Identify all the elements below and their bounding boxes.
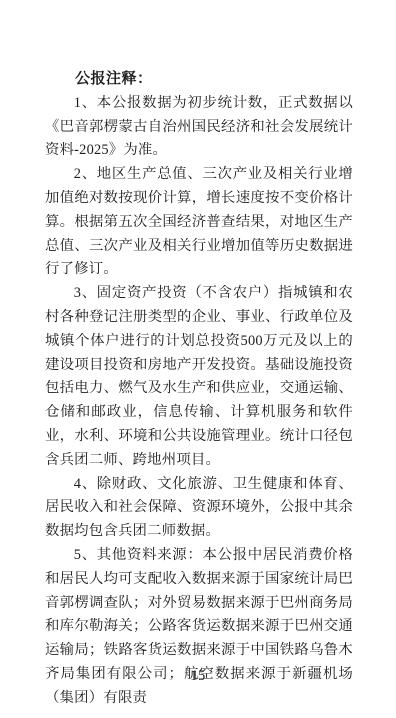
page-number: 15 <box>0 668 396 685</box>
note-paragraph-4: 4、除财政、文化旅游、卫生健康和体育、居民收入和社会保障、资源环境外，公报中其余… <box>45 473 353 544</box>
notes-section: 公报注释： 1、本公报数据为初步统计数，正式数据以《巴音郭楞蒙古自治州国民经济和… <box>45 68 353 711</box>
bulletin-page: 公报注释： 1、本公报数据为初步统计数，正式数据以《巴音郭楞蒙古自治州国民经济和… <box>0 0 396 718</box>
note-paragraph-1: 1、本公报数据为初步统计数，正式数据以《巴音郭楞蒙古自治州国民经济和社会发展统计… <box>45 92 353 163</box>
note-paragraph-2: 2、地区生产总值、三次产业及相关行业增加值绝对数按现价计算，增长速度按不变价格计… <box>45 163 353 282</box>
note-paragraph-5: 5、其他资料来源：本公报中居民消费价格和居民人均可支配收入数据来源于国家统计局巴… <box>45 544 353 711</box>
section-title: 公报注释： <box>45 68 353 92</box>
note-paragraph-3: 3、固定资产投资（不含农户）指城镇和农村各种登记注册类型的企业、事业、行政单位及… <box>45 282 353 472</box>
